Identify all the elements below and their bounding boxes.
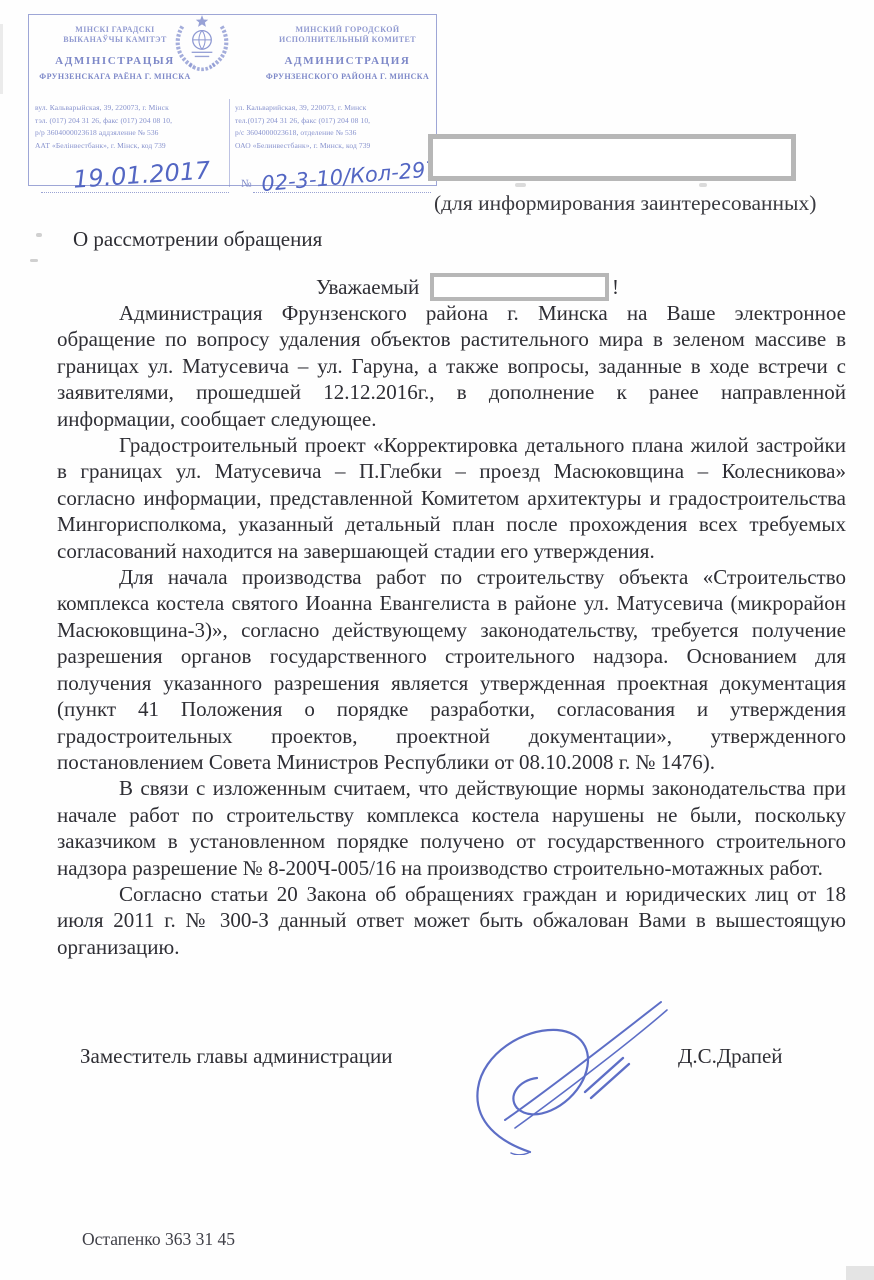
- org-name-line: МІНСКІ ГАРАДСКІ: [29, 25, 201, 35]
- scan-artifact: [36, 233, 42, 237]
- signoff-title: Заместитель главы администрации: [80, 1044, 392, 1069]
- admin-subtitle: ФРУНЗЕНСКАГА РАЁНА Г. МІНСКА: [29, 72, 201, 82]
- address-line: ААТ «Белінвестбанк», г. Мінск, код 739: [35, 140, 227, 153]
- address-line: ул. Кальварийская, 39, 220073, г. Минск: [235, 102, 435, 115]
- letter-body: Администрация Фрунзенского района г. Мин…: [57, 300, 846, 960]
- letterhead-column-divider: [229, 99, 230, 187]
- address-line: вул. Кальварыйская, 39, 220073, г. Мінск: [35, 102, 227, 115]
- admin-title: АДМІНІСТРАЦЫЯ: [29, 55, 201, 68]
- address-line: ОАО «Белинвестбанк», г. Минск, код 739: [235, 140, 435, 153]
- signature-ink: [445, 1000, 680, 1155]
- org-header-belarusian: МІНСКІ ГАРАДСКІ ВЫКАНАЎЧЫ КАМІТЭТ АДМІНІ…: [29, 25, 201, 82]
- admin-subtitle: ФРУНЗЕНСКОГО РАЙОНА Г. МИНСКА: [257, 72, 438, 82]
- redacted-name-box: [430, 273, 609, 301]
- org-name-line: ИСПОЛНИТЕЛЬНЫЙ КОМИТЕТ: [257, 35, 438, 45]
- number-sign-label: №: [241, 178, 252, 190]
- scan-artifact: [0, 24, 3, 94]
- body-paragraph: Для начала производства работ по строите…: [57, 564, 846, 775]
- signoff-name: Д.С.Драпей: [678, 1044, 783, 1069]
- address-line: р/р 3604000023618 аддзяленне № 536: [35, 127, 227, 140]
- letterhead: МІНСКІ ГАРАДСКІ ВЫКАНАЎЧЫ КАМІТЭТ АДМІНІ…: [28, 14, 437, 186]
- scan-artifact: [846, 1266, 874, 1280]
- body-paragraph: Администрация Фрунзенского района г. Мин…: [57, 300, 846, 432]
- salutation-suffix: !: [612, 275, 619, 300]
- admin-title: АДМИНИСТРАЦИЯ: [257, 55, 438, 68]
- scan-artifact: [515, 183, 526, 187]
- org-name-line: МИНСКИЙ ГОРОДСКОЙ: [257, 25, 438, 35]
- executor-contact: Остапенко 363 31 45: [82, 1229, 235, 1250]
- scan-artifact: [30, 259, 38, 262]
- org-header-russian: МИНСКИЙ ГОРОДСКОЙ ИСПОЛНИТЕЛЬНЫЙ КОМИТЕТ…: [257, 25, 438, 82]
- date-underline: [41, 192, 229, 193]
- body-paragraph: Согласно статьи 20 Закона об обращениях …: [57, 881, 846, 960]
- address-line: тел.(017) 204 31 26, факс (017) 204 08 1…: [235, 115, 435, 128]
- address-block-belarusian: вул. Кальварыйская, 39, 220073, г. Мінск…: [35, 102, 227, 152]
- address-line: тэл. (017) 204 31 26, факс (017) 204 08 …: [35, 115, 227, 128]
- subject-line: О рассмотрении обращения: [73, 227, 322, 252]
- address-block-russian: ул. Кальварийская, 39, 220073, г. Минск …: [235, 102, 435, 152]
- body-paragraph: Градостроительный проект «Корректировка …: [57, 432, 846, 564]
- addressee-note: (для информирования заинтересованных): [434, 191, 816, 216]
- body-paragraph: В связи с изложенным считаем, что действ…: [57, 775, 846, 881]
- scanned-letter-page: МІНСКІ ГАРАДСКІ ВЫКАНАЎЧЫ КАМІТЭТ АДМІНІ…: [0, 0, 874, 1280]
- salutation-prefix: Уважаемый: [316, 275, 419, 300]
- scan-artifact: [699, 183, 707, 187]
- address-line: р/с 3604000023618, отделение № 536: [235, 127, 435, 140]
- org-name-line: ВЫКАНАЎЧЫ КАМІТЭТ: [29, 35, 201, 45]
- handwritten-date: 19.01.2017: [72, 156, 211, 194]
- redacted-addressee-box: [428, 134, 796, 181]
